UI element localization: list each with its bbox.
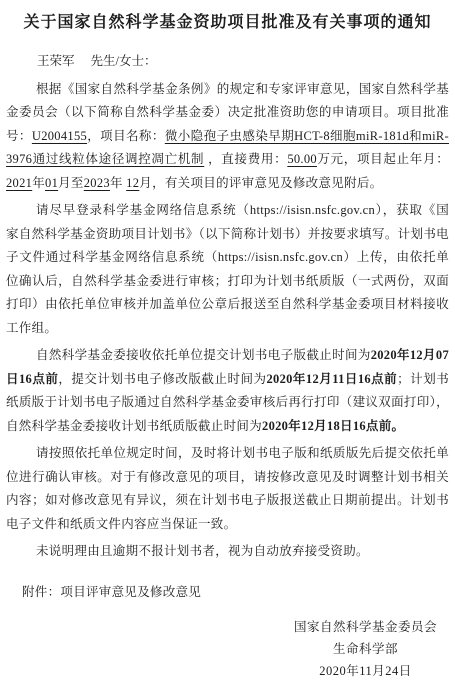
signature-org: 国家自然科学基金委员会 (294, 616, 437, 638)
text-run-normal: ，项目名称： (87, 129, 165, 143)
text-run-normal: 年 (110, 176, 126, 190)
recipient-name: 王荣军 (37, 54, 75, 68)
text-run-normal: 月至 (58, 176, 84, 190)
text-run-normal: 年 (32, 176, 45, 190)
text-run-normal: ，提交计划书电子修改版截止时间为 (58, 372, 266, 386)
paragraph-approval-info: 根据《国家自然科学基金条例》的规定和专家评审意见，国家自然科学基金委员会（以下简… (6, 78, 449, 196)
greeting-line: 王荣军先生/女士： (6, 50, 449, 74)
paragraph-deadlines: 自然科学基金委接收依托单位提交计划书电子版截止时间为2020年12月07日16点… (6, 344, 449, 438)
text-run-underline: U2004155 (32, 129, 87, 143)
attachment-label: 附件： (22, 585, 60, 599)
paragraph-system-instructions: 请尽早登录科学基金网络信息系统（https://isisn.nsfc.gov.c… (6, 199, 449, 340)
document-title: 关于国家自然科学基金资助项目批准及有关事项的通知 (6, 10, 449, 36)
salutation: 先生/女士： (91, 54, 157, 68)
text-run-normal: 请按照依托单位规定时间，及时将计划书电子版和纸质版先后提交依托单位进行确认审核。… (6, 446, 449, 531)
text-run-normal: 自然科学基金委接收依托单位提交计划书电子版截止时间为 (36, 348, 371, 362)
text-run-underline: 50.00 (287, 152, 317, 166)
text-run-underline: 12 (126, 176, 139, 190)
text-run-underline: 2023 (84, 176, 110, 190)
text-run-normal: 请尽早登录科学基金网络信息系统（https://isisn.nsfc.gov.c… (6, 203, 449, 335)
text-run-underline: 01 (45, 176, 58, 190)
signature-date: 2020年11月24日 (294, 660, 437, 681)
signature-dept: 生命科学部 (294, 638, 437, 660)
text-run-normal: 月，有关项目的评审意见及修改意见附后。 (139, 176, 382, 190)
paragraph-confirmation: 请按照依托单位规定时间，及时将计划书电子版和纸质版先后提交依托单位进行确认审核。… (6, 442, 449, 536)
notice-document: 关于国家自然科学基金资助项目批准及有关事项的通知 王荣军先生/女士： 根据《国家… (0, 0, 455, 681)
text-run-normal: 未说明理由且逾期不报计划书者，视为自动放弃接受资助。 (36, 544, 369, 558)
text-run-underline: 2021 (6, 176, 32, 190)
signature-block: 国家自然科学基金委员会 生命科学部 2020年11月24日 (294, 616, 437, 681)
text-run-bold: 2020年12月11日16点前 (266, 372, 397, 386)
paragraph-forfeit-notice: 未说明理由且逾期不报计划书者，视为自动放弃接受资助。 (6, 540, 449, 564)
text-run-normal: ，直接费用： (204, 152, 287, 166)
attachment-line: 附件：项目评审意见及修改意见 (6, 581, 449, 605)
text-run-normal: 万元，项目起止年月： (317, 152, 449, 166)
attachment-text: 项目评审意见及修改意见 (60, 585, 201, 599)
text-run-bold: 2020年12月18日16点前。 (262, 419, 404, 433)
